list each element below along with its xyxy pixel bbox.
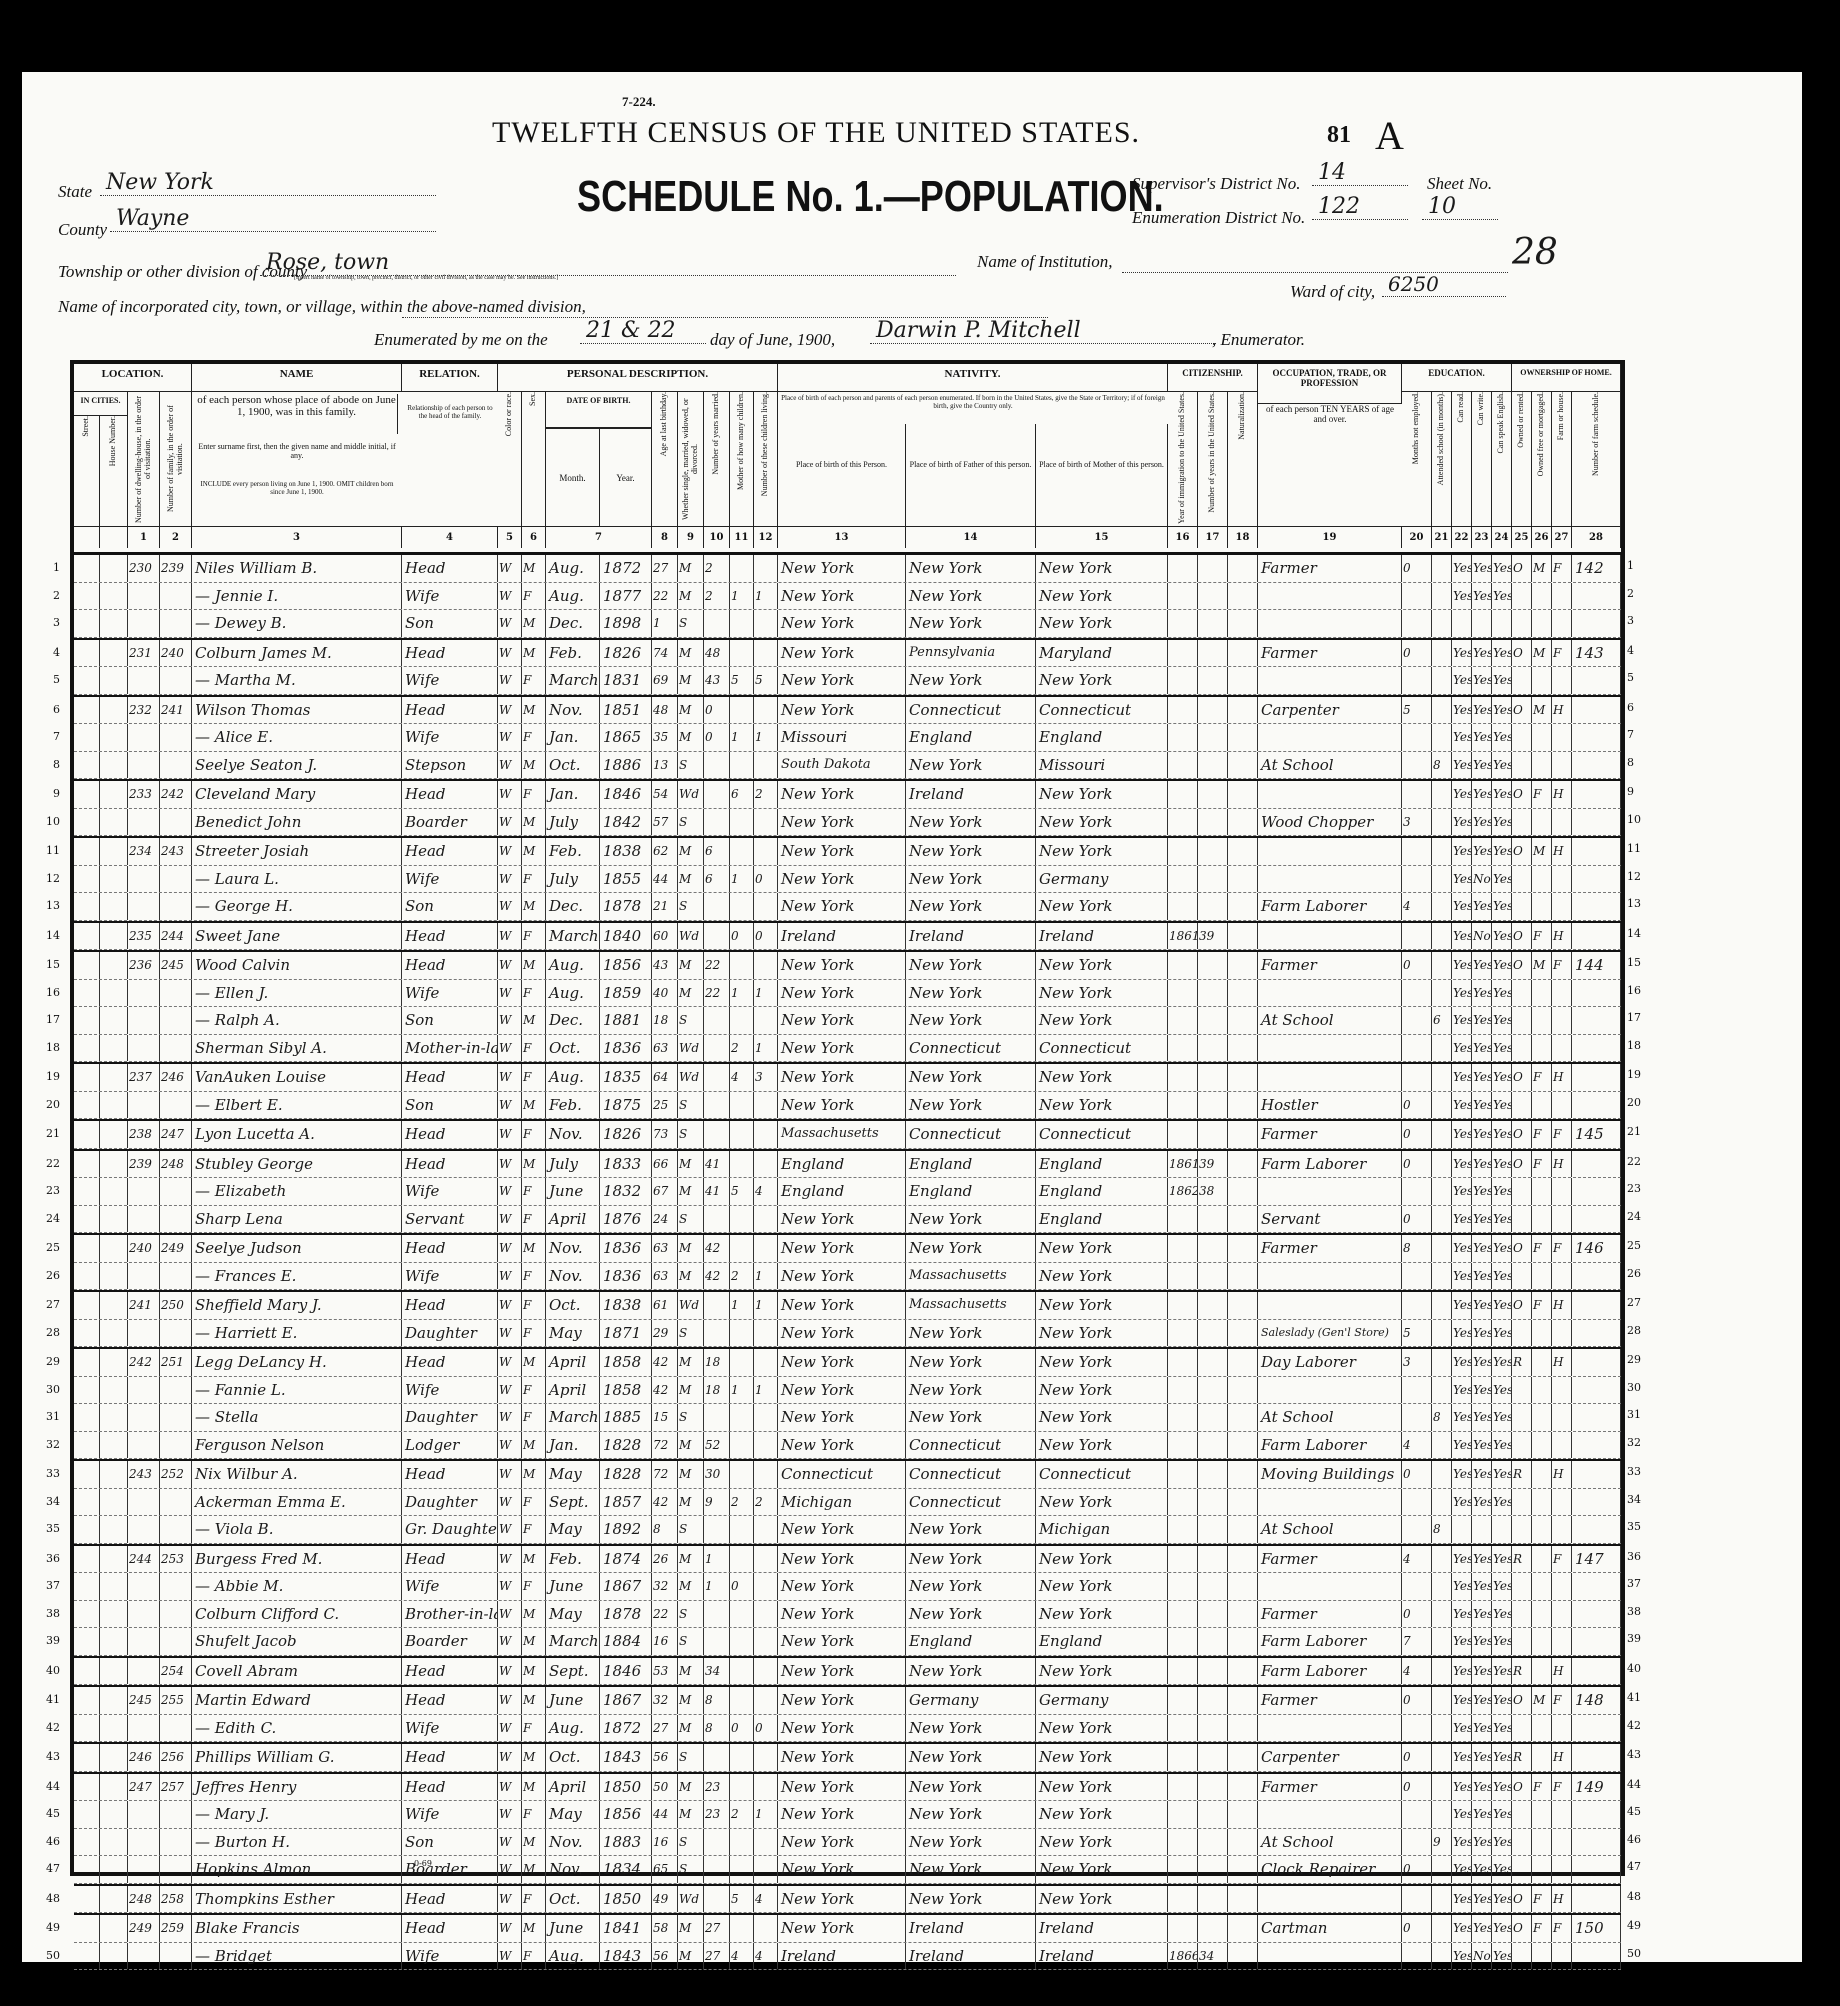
enumeration-district-field: 122	[1312, 194, 1408, 220]
cell-empty	[74, 752, 100, 779]
cell-cl	[754, 1628, 778, 1655]
cell-pb: Massachusetts	[778, 1121, 906, 1148]
cell-occ: Farm Laborer	[1258, 893, 1402, 920]
column-label: Place of birth of this Person.	[778, 424, 905, 469]
cell-year: 1872	[600, 1715, 652, 1742]
cell-race: W	[498, 893, 522, 920]
cell-read: Yes	[1452, 1178, 1472, 1205]
cell-ne	[1402, 583, 1432, 610]
column-number: 16	[1168, 526, 1198, 548]
cell-write: No	[1472, 866, 1492, 893]
cell-empty	[74, 1263, 100, 1290]
cell-ne: 3	[1402, 809, 1432, 836]
cell-ne: 0	[1402, 1687, 1432, 1714]
cell-nat	[1228, 1801, 1258, 1828]
cell-yrs	[1198, 1915, 1228, 1942]
cell-fb: New York	[906, 1546, 1036, 1573]
cell-nat	[1228, 724, 1258, 751]
cell-race: W	[498, 1628, 522, 1655]
column-number: 12	[754, 526, 778, 548]
cell-rel: Wife	[402, 1377, 498, 1404]
cell-month: July	[546, 809, 600, 836]
cell-mb: New York	[1036, 1658, 1168, 1685]
column-label: Can write.	[1477, 392, 1486, 425]
cell-moc	[730, 1007, 754, 1034]
cell-mort	[1532, 752, 1552, 779]
census-sheet: 7-224. TWELFTH CENSUS OF THE UNITED STAT…	[22, 72, 1802, 1962]
cell-cl	[754, 1320, 778, 1347]
cell-ym	[704, 1121, 730, 1148]
cell-empty	[100, 866, 128, 893]
column-label: Number of farm schedule.	[1592, 392, 1601, 476]
cell-nat	[1228, 1320, 1258, 1347]
cell-fb: New York	[906, 1829, 1036, 1856]
cell-ms: Wd	[678, 1035, 704, 1062]
cell-age: 69	[652, 667, 678, 694]
cell-farm: H	[1552, 1151, 1572, 1178]
cell-sch	[1432, 1774, 1452, 1801]
cell-write: No	[1472, 923, 1492, 950]
cell-cl	[754, 610, 778, 637]
column-header-9: Whether single, married, widowed, or div…	[678, 392, 704, 526]
table-row: — Martha M.WifeWFMarch183169M4355New Yor…	[74, 667, 1621, 695]
cell-year: 1867	[600, 1573, 652, 1600]
cell-read: Yes	[1452, 1573, 1472, 1600]
cell-moc	[730, 1628, 754, 1655]
cell-fs	[1572, 1489, 1621, 1516]
cell-nat	[1228, 1573, 1258, 1600]
cell-mb: New York	[1036, 809, 1168, 836]
cell-imm	[1168, 1516, 1198, 1543]
cell-pb: New York	[778, 1573, 906, 1600]
cell-fam: 247	[160, 1121, 192, 1148]
cell-farm	[1552, 1829, 1572, 1856]
cell-sch	[1432, 1263, 1452, 1290]
cell-mb: Connecticut	[1036, 1461, 1168, 1488]
cell-rel: Head	[402, 1886, 498, 1913]
cell-mort: F	[1532, 923, 1552, 950]
cell-cl	[754, 838, 778, 865]
cell-pb: New York	[778, 1206, 906, 1233]
cell-cl	[754, 1432, 778, 1459]
line-number-right: 39	[1627, 1632, 1651, 1645]
line-number-right: 15	[1627, 956, 1651, 969]
cell-cl	[754, 1856, 778, 1883]
cell-occ	[1258, 1178, 1402, 1205]
cell-empty	[100, 1349, 128, 1376]
cell-sex: F	[522, 1516, 546, 1543]
line-number-right: 11	[1627, 842, 1651, 855]
cell-moc: 5	[730, 1886, 754, 1913]
cell-read: Yes	[1452, 923, 1472, 950]
column-header-11: Mother of how many children.	[730, 392, 754, 526]
cell-own: O	[1512, 555, 1532, 582]
cell-eng: Yes	[1492, 1943, 1512, 1970]
cell-pb: New York	[778, 1349, 906, 1376]
cell-sch	[1432, 1292, 1452, 1319]
enumerated-label: Enumerated by me on the	[374, 330, 548, 350]
cell-occ	[1258, 838, 1402, 865]
cell-write: Yes	[1472, 1007, 1492, 1034]
cell-moc: 5	[730, 667, 754, 694]
cell-mb: New York	[1036, 838, 1168, 865]
cell-eng: Yes	[1492, 1035, 1512, 1062]
cell-read	[1452, 610, 1472, 637]
cell-race: W	[498, 1292, 522, 1319]
cell-farm: F	[1552, 1687, 1572, 1714]
cell-ym: 27	[704, 1915, 730, 1942]
cell-farm	[1552, 1035, 1572, 1062]
cell-race: W	[498, 1489, 522, 1516]
nativity-description: Place of birth of each person and parent…	[780, 394, 1166, 422]
cell-fs	[1572, 980, 1621, 1007]
cell-imm	[1168, 697, 1198, 724]
cell-own	[1512, 1715, 1532, 1742]
cell-name: — Alice E.	[192, 724, 402, 751]
column-header-20: Months not employed.	[1402, 392, 1432, 526]
cell-own	[1512, 1263, 1532, 1290]
cell-read: Yes	[1452, 1377, 1472, 1404]
column-header-13: Place of birth of this Person.	[778, 424, 906, 526]
cell-sex: M	[522, 1235, 546, 1262]
cell-write: Yes	[1472, 752, 1492, 779]
column-label: Owned or rented.	[1517, 392, 1526, 448]
cell-year: 1867	[600, 1687, 652, 1714]
column-number: 3	[192, 526, 402, 548]
cell-ms: S	[678, 1121, 704, 1148]
cell-ym: 8	[704, 1715, 730, 1742]
cell-ne	[1402, 838, 1432, 865]
cell-imm	[1168, 1206, 1198, 1233]
cell-eng: Yes	[1492, 1377, 1512, 1404]
cell-empty	[100, 1774, 128, 1801]
cell-imm: 1866	[1168, 1943, 1198, 1970]
cell-ne	[1402, 1292, 1432, 1319]
cell-cl	[754, 1404, 778, 1431]
cell-occ	[1258, 610, 1402, 637]
cell-empty	[74, 1092, 100, 1119]
column-label: Mother of how many children.	[737, 392, 746, 490]
line-number-right: 36	[1627, 1550, 1651, 1563]
cell-sex: F	[522, 1377, 546, 1404]
cell-cl	[754, 952, 778, 979]
cell-farm	[1552, 866, 1572, 893]
cell-dw	[128, 1035, 160, 1062]
cell-ms: S	[678, 893, 704, 920]
cell-own	[1512, 610, 1532, 637]
cell-write: Yes	[1472, 1687, 1492, 1714]
cell-eng: Yes	[1492, 1432, 1512, 1459]
cell-dw: 242	[128, 1349, 160, 1376]
cell-own: O	[1512, 1064, 1532, 1091]
cell-ms: Wd	[678, 1292, 704, 1319]
cell-fam	[160, 1206, 192, 1233]
cell-rel: Wife	[402, 1263, 498, 1290]
cell-moc	[730, 1744, 754, 1771]
cell-sch	[1432, 809, 1452, 836]
cell-age: 26	[652, 1546, 678, 1573]
cell-age: 57	[652, 809, 678, 836]
cell-ym	[704, 1092, 730, 1119]
cell-empty	[74, 1121, 100, 1148]
cell-mort	[1532, 1546, 1552, 1573]
cell-sch	[1432, 1432, 1452, 1459]
cell-fam	[160, 724, 192, 751]
cell-farm	[1552, 1801, 1572, 1828]
cell-month: June	[546, 1687, 600, 1714]
cell-fs	[1572, 1856, 1621, 1883]
cell-fb: New York	[906, 1856, 1036, 1883]
cell-mort	[1532, 1856, 1552, 1883]
cell-nat	[1228, 1601, 1258, 1628]
cell-mb: England	[1036, 1151, 1168, 1178]
cell-mort	[1532, 1516, 1552, 1543]
cell-occ	[1258, 980, 1402, 1007]
cell-write: Yes	[1472, 1546, 1492, 1573]
cell-ym	[704, 1744, 730, 1771]
cell-farm: H	[1552, 1461, 1572, 1488]
cell-own	[1512, 1432, 1532, 1459]
cell-empty	[100, 640, 128, 667]
cell-fb: Pennsylvania	[906, 640, 1036, 667]
cell-ym: 9	[704, 1489, 730, 1516]
cell-race: W	[498, 667, 522, 694]
cell-mort	[1532, 610, 1552, 637]
column-label: House Number.	[109, 416, 118, 466]
cell-name: — Jennie I.	[192, 583, 402, 610]
cell-occ	[1258, 667, 1402, 694]
cell-pb: England	[778, 1151, 906, 1178]
cell-month: Aug.	[546, 583, 600, 610]
cell-month: Aug.	[546, 980, 600, 1007]
cell-month: Oct.	[546, 1886, 600, 1913]
cell-mort	[1532, 1263, 1552, 1290]
group-date-of-birth: DATE OF BIRTH.	[546, 392, 652, 428]
cell-race: W	[498, 1516, 522, 1543]
cell-farm: H	[1552, 1064, 1572, 1091]
cell-read: Yes	[1452, 1829, 1472, 1856]
cell-fs: 149	[1572, 1774, 1621, 1801]
cell-ym	[704, 1601, 730, 1628]
cell-fam	[160, 1377, 192, 1404]
cell-ym: 42	[704, 1235, 730, 1262]
cell-fam	[160, 752, 192, 779]
cell-pb: New York	[778, 1856, 906, 1883]
cell-dw: 240	[128, 1235, 160, 1262]
cell-yrs	[1198, 1235, 1228, 1262]
cell-fb: England	[906, 1178, 1036, 1205]
cell-fam	[160, 893, 192, 920]
cell-imm: 1862	[1168, 1178, 1198, 1205]
cell-sch	[1432, 893, 1452, 920]
cell-mort	[1532, 1007, 1552, 1034]
column-number: 4	[402, 526, 498, 548]
cell-empty	[74, 1377, 100, 1404]
cell-fam	[160, 866, 192, 893]
cell-imm	[1168, 838, 1198, 865]
cell-moc	[730, 1092, 754, 1119]
cell-race: W	[498, 1377, 522, 1404]
cell-cl	[754, 697, 778, 724]
cell-occ: Farmer	[1258, 555, 1402, 582]
cell-ne: 8	[1402, 1235, 1432, 1262]
cell-mb: Germany	[1036, 866, 1168, 893]
cell-write: Yes	[1472, 781, 1492, 808]
table-row: 244253Burgess Fred M.HeadWMFeb.187426M1N…	[74, 1544, 1621, 1574]
column-header-18: Naturalization.	[1228, 392, 1258, 526]
cell-occ: At School	[1258, 752, 1402, 779]
cell-moc: 1	[730, 1292, 754, 1319]
line-number-right: 5	[1627, 671, 1651, 684]
cell-empty	[74, 1064, 100, 1091]
cell-yrs	[1198, 1489, 1228, 1516]
column-header-25: Owned or rented.	[1512, 392, 1532, 526]
cell-dw	[128, 1206, 160, 1233]
cell-mort: M	[1532, 952, 1552, 979]
cell-ym: 41	[704, 1151, 730, 1178]
cell-cl: 1	[754, 1801, 778, 1828]
cell-own: O	[1512, 640, 1532, 667]
line-number-left: 32	[36, 1438, 60, 1451]
cell-rel: Son	[402, 610, 498, 637]
cell-ms: Wd	[678, 923, 704, 950]
cell-race: W	[498, 1235, 522, 1262]
cell-sex: M	[522, 1432, 546, 1459]
cell-yrs	[1198, 697, 1228, 724]
cell-own: R	[1512, 1546, 1532, 1573]
line-number-right: 47	[1627, 1860, 1651, 1873]
line-number-right: 25	[1627, 1239, 1651, 1252]
table-row: 230239Niles William B.HeadWMAug.187227M2…	[74, 555, 1621, 583]
cell-year: 1876	[600, 1206, 652, 1233]
cell-empty	[100, 781, 128, 808]
cell-imm	[1168, 1658, 1198, 1685]
cell-mb: New York	[1036, 1064, 1168, 1091]
cell-pb: New York	[778, 1064, 906, 1091]
cell-own: O	[1512, 1235, 1532, 1262]
cell-sch: 9	[1432, 1829, 1452, 1856]
cell-mort	[1532, 1715, 1552, 1742]
cell-occ: Farm Laborer	[1258, 1151, 1402, 1178]
cell-empty	[100, 1121, 128, 1148]
cell-ms: S	[678, 1628, 704, 1655]
cell-age: 22	[652, 1601, 678, 1628]
cell-age: 74	[652, 640, 678, 667]
table-row: Ferguson NelsonLodgerWMJan.182872M52New …	[74, 1432, 1621, 1460]
cell-eng: Yes	[1492, 583, 1512, 610]
cell-age: 63	[652, 1235, 678, 1262]
cell-moc: 6	[730, 781, 754, 808]
cell-ne: 0	[1402, 1461, 1432, 1488]
cell-age: 44	[652, 1801, 678, 1828]
table-row: — StellaDaughterWFMarch188515SNew YorkNe…	[74, 1404, 1621, 1432]
cell-empty	[74, 1320, 100, 1347]
table-row: — Alice E.WifeWFJan.186535M011MissouriEn…	[74, 724, 1621, 752]
cell-sch	[1432, 1886, 1452, 1913]
cell-sch	[1432, 838, 1452, 865]
cell-moc: 2	[730, 1035, 754, 1062]
cell-own	[1512, 1516, 1532, 1543]
table-row: 237246VanAuken LouiseHeadWFAug.183564Wd4…	[74, 1062, 1621, 1092]
cell-ne: 3	[1402, 1349, 1432, 1376]
cell-ms: M	[678, 640, 704, 667]
cell-dw: 247	[128, 1774, 160, 1801]
cell-nat	[1228, 980, 1258, 1007]
cell-write: Yes	[1472, 1856, 1492, 1883]
line-number-left: 15	[36, 958, 60, 971]
cell-fs	[1572, 1461, 1621, 1488]
cell-moc	[730, 1206, 754, 1233]
column-number: 5	[498, 526, 522, 548]
cell-empty	[100, 809, 128, 836]
cell-ms: M	[678, 583, 704, 610]
cell-month: May	[546, 1516, 600, 1543]
cell-empty	[100, 1461, 128, 1488]
cell-ms: M	[678, 1235, 704, 1262]
cell-empty	[74, 1829, 100, 1856]
cell-occ	[1258, 1489, 1402, 1516]
cell-ne: 0	[1402, 1774, 1432, 1801]
cell-mb: New York	[1036, 1007, 1168, 1034]
cell-sch: 8	[1432, 752, 1452, 779]
cell-pb: New York	[778, 1263, 906, 1290]
cell-rel: Son	[402, 893, 498, 920]
cell-pb: New York	[778, 1092, 906, 1119]
cell-write: Yes	[1472, 724, 1492, 751]
cell-mb: New York	[1036, 667, 1168, 694]
line-number-right: 21	[1627, 1125, 1651, 1138]
cell-own: O	[1512, 781, 1532, 808]
cell-sex: M	[522, 1461, 546, 1488]
cell-race: W	[498, 1856, 522, 1883]
cell-mb: Ireland	[1036, 923, 1168, 950]
cell-sex: M	[522, 1658, 546, 1685]
cell-nat	[1228, 1915, 1258, 1942]
table-row: 245255Martin EdwardHeadWMJune186732M8New…	[74, 1685, 1621, 1715]
cell-read: Yes	[1452, 1489, 1472, 1516]
cell-nat	[1228, 1489, 1258, 1516]
cell-moc	[730, 1774, 754, 1801]
cell-dw: 235	[128, 923, 160, 950]
cell-cl	[754, 1744, 778, 1771]
cell-dw: 234	[128, 838, 160, 865]
cell-occ: Cartman	[1258, 1915, 1402, 1942]
cell-empty	[100, 1546, 128, 1573]
cell-age: 53	[652, 1658, 678, 1685]
cell-read: Yes	[1452, 809, 1472, 836]
cell-write: Yes	[1472, 1121, 1492, 1148]
cell-sex: M	[522, 752, 546, 779]
cell-mort	[1532, 1092, 1552, 1119]
cell-month: Dec.	[546, 1007, 600, 1034]
cell-month: Aug.	[546, 1943, 600, 1970]
cell-empty	[74, 1658, 100, 1685]
cell-own	[1512, 809, 1532, 836]
cell-pb: South Dakota	[778, 752, 906, 779]
cell-empty	[100, 1886, 128, 1913]
cell-read: Yes	[1452, 583, 1472, 610]
cell-own	[1512, 866, 1532, 893]
cell-eng: Yes	[1492, 1064, 1512, 1091]
cell-age: 35	[652, 724, 678, 751]
cell-dw: 241	[128, 1292, 160, 1319]
cell-race: W	[498, 1546, 522, 1573]
cell-own: R	[1512, 1658, 1532, 1685]
cell-year: 1886	[600, 752, 652, 779]
cell-name: Phillips William G.	[192, 1744, 402, 1771]
cell-fam: 243	[160, 838, 192, 865]
cell-pb: New York	[778, 1292, 906, 1319]
